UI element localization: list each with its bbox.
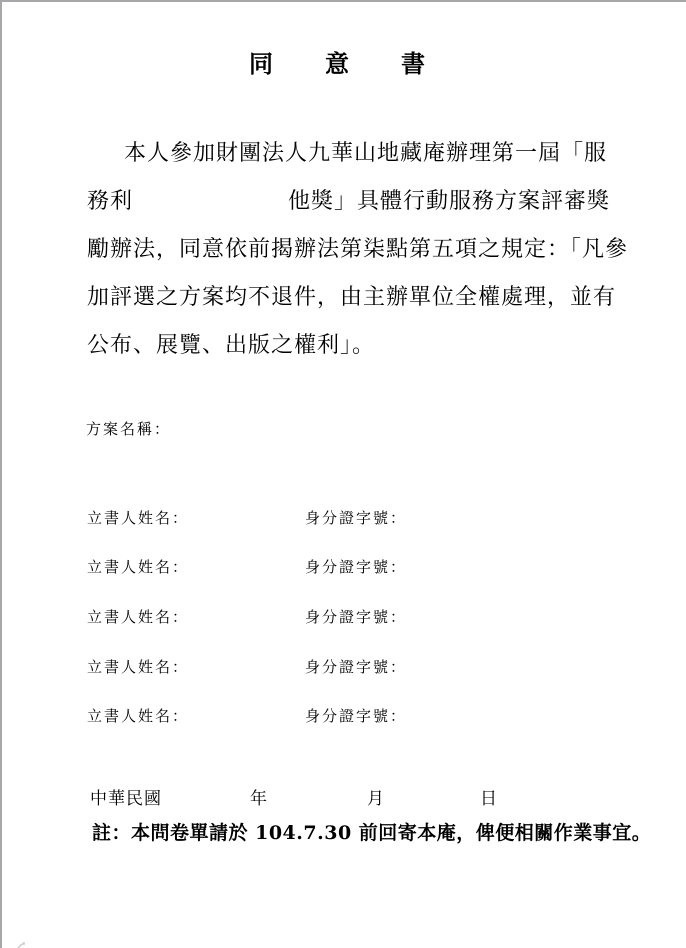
body-line-5: 公布、展覽、出版之權利」。 [87,322,612,370]
signatory-id-label: 身分證字號： [305,656,407,677]
signatory-row-3: 立書人姓名： 身分證字號： [2,606,686,628]
signatory-row-1: 立書人姓名： 身分證字號： [2,507,686,529]
plan-name-label: 方案名稱： [86,418,171,439]
signatory-name-label: 立書人姓名： [87,606,189,627]
date-line: 中華民國 年 月 日 [2,784,686,808]
signatory-name-label: 立書人姓名： [87,656,189,677]
date-day-label: 日 [480,784,498,809]
body-line-3: 勵辦法，同意依前揭辦法第柒點第五項之規定：「凡參 [87,226,612,274]
fill-in-blank [133,207,288,208]
signatory-row-2: 立書人姓名： 身分證字號： [2,556,686,578]
body-line-2-after-blank: 他獎」具體行動服務方案評審獎 [288,189,610,214]
date-era-label: 中華民國 [90,784,162,809]
stray-cursor-mark [17,939,29,948]
document-title: 同 意 書 [2,44,686,79]
signatory-id-label: 身分證字號： [305,507,407,528]
date-month-label: 月 [367,784,385,809]
body-line-4: 加評選之方案均不退件，由主辦單位全權處理，並有 [87,274,612,322]
body-line-2: 務利他獎」具體行動服務方案評審獎 [87,178,612,226]
body-line-2-before-blank: 務利 [87,189,133,214]
signatory-name-label: 立書人姓名： [87,507,189,528]
body-line-1: 本人參加財團法人九華山地藏庵辦理第一屆「服 [87,130,612,178]
body-paragraph: 本人參加財團法人九華山地藏庵辦理第一屆「服 務利他獎」具體行動服務方案評審獎 勵… [87,130,612,370]
signatory-row-5: 立書人姓名： 身分證字號： [2,705,686,727]
footnote: 註：本問卷單請於 104.7.30 前回寄本庵，俾便相關作業事宜。 [92,818,651,845]
signatory-row-4: 立書人姓名： 身分證字號： [2,656,686,678]
date-year-label: 年 [250,784,268,809]
signatory-name-label: 立書人姓名： [87,556,189,577]
signatory-id-label: 身分證字號： [305,556,407,577]
signatory-name-label: 立書人姓名： [87,705,189,726]
signatory-id-label: 身分證字號： [305,606,407,627]
consent-form-page: 同 意 書 本人參加財團法人九華山地藏庵辦理第一屆「服 務利他獎」具體行動服務方… [0,0,686,948]
signatory-id-label: 身分證字號： [305,705,407,726]
